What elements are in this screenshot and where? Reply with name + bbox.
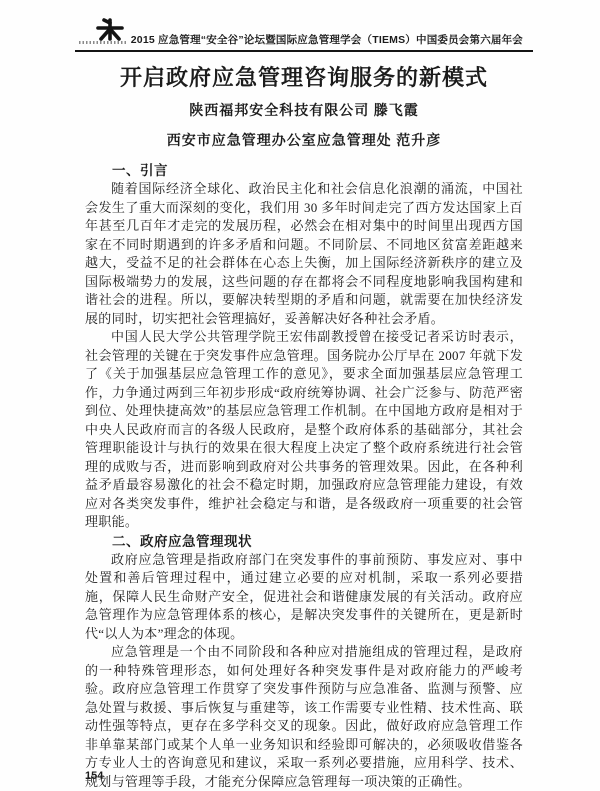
paragraph: 应急管理是一个由不同阶段和各种应对措施组成的管理过程，是政府的一种特殊管理形态，… [85,643,523,791]
section-heading-current-status: 二、政府应急管理现状 [85,532,523,551]
paper-body: 一、引言 随着国际经济全球化、政治民主化和社会信息化浪潮的涌流，中国社会发生了重… [85,161,523,791]
logo-subtext-illegible [79,41,126,44]
page-number: 154 [85,770,103,782]
paper-title: 开启政府应急管理咨询服务的新模式 [85,64,523,92]
document-page: 2015 应急管理“安全谷”论坛暨国际应急管理学会（TIEMS）中国委员会第六届… [0,0,600,791]
paragraph: 中国人民大学公共管理学院王宏伟副教授曾在接受记者采访时表示，社会管理的关键在于突… [85,328,523,532]
header-line: 2015 应急管理“安全谷”论坛暨国际应急管理学会（TIEMS）中国委员会第六届… [79,32,523,47]
paragraph: 随着国际经济全球化、政治民主化和社会信息化浪潮的涌流，中国社会发生了重大而深刻的… [85,180,523,328]
page-header: 2015 应急管理“安全谷”论坛暨国际应急管理学会（TIEMS）中国委员会第六届… [85,20,523,48]
author-line-2: 西安市应急管理办公室应急管理处 范升彦 [85,132,523,152]
author-line-1: 陕西福邦安全科技有限公司 滕飞霞 [85,102,523,122]
header-conference-title: 2015 应急管理“安全谷”论坛暨国际应急管理学会（TIEMS）中国委员会第六届… [131,32,523,47]
section-heading-introduction: 一、引言 [85,161,523,180]
paragraph: 政府应急管理是指政府部门在突发事件的事前预防、事发应对、事中处置和善后管理过程中… [85,551,523,644]
header-divider [75,50,533,52]
